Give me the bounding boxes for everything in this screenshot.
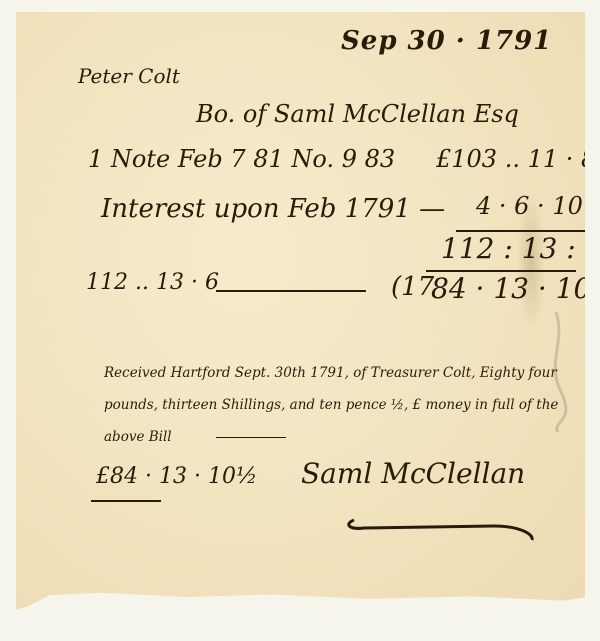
left-total: 112 .. 13 · 6 <box>86 270 219 295</box>
entry-description: Interest upon Feb 1791 — <box>101 194 445 224</box>
payment-reference: (17 <box>391 272 434 302</box>
dash-rule <box>216 437 286 438</box>
receipt-total: £84 · 13 · 10½ <box>96 464 257 489</box>
signature: Saml McClellan <box>301 457 525 490</box>
paper-sheet: Sep 30 · 1791 Peter Colt Bo. of Saml McC… <box>16 12 585 622</box>
entry-description: 1 Note Feb 7 81 No. 9 83 <box>88 145 395 173</box>
balance-amount: 84 · 13 · 10½ <box>431 272 600 305</box>
document-date: Sep 30 · 1791 <box>341 26 552 56</box>
receipt-text: Received Hartford Sept. 30th 1791, of Tr… <box>104 357 574 453</box>
subtotal-amount: 112 : 13 : 6 <box>441 232 600 265</box>
dash-rule <box>216 290 366 292</box>
payee-name: Peter Colt <box>78 64 180 88</box>
bill-heading: Bo. of Saml McClellan Esq <box>196 100 519 128</box>
faded-marks: · 30 · 7· <box>336 602 397 621</box>
entry-amount: £103 .. 11 · 8 <box>436 145 596 173</box>
entry-amount: 4 · 6 · 10 <box>476 192 583 220</box>
total-underline <box>91 500 161 502</box>
signature-flourish <box>344 512 536 542</box>
